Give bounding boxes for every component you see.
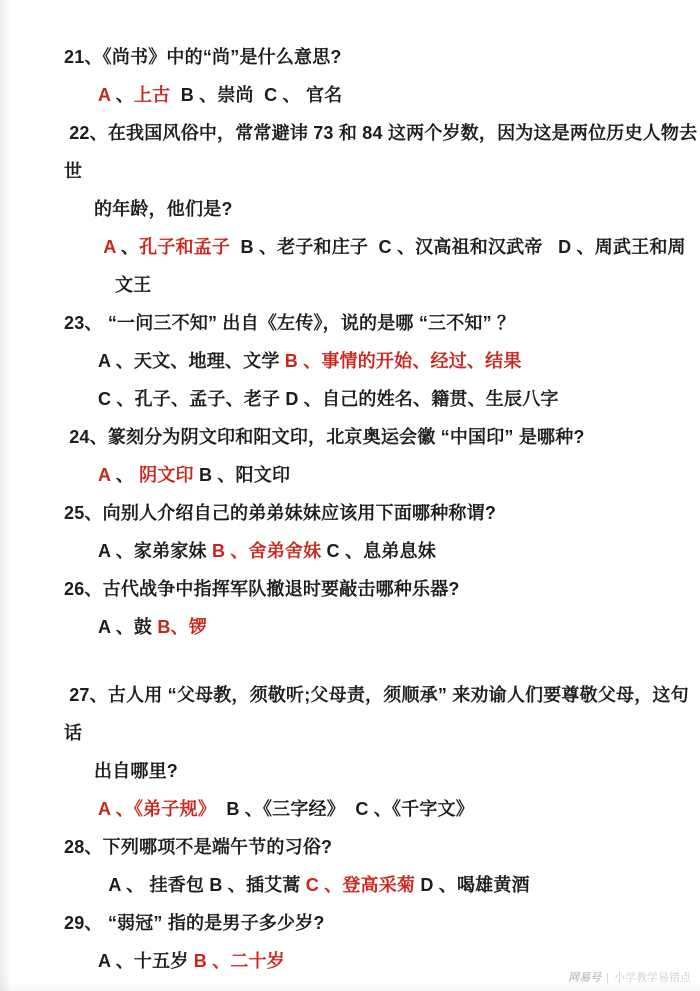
watermark-account-name: 小学教学易错点 [614, 972, 691, 984]
correct-answer-highlight: 《弟子规》 [134, 799, 216, 819]
question-line: 的年龄，他们是? [94, 190, 700, 228]
text-segment: 的年龄，他们是? [94, 199, 233, 219]
text-segment: A 、鼓 [98, 617, 157, 637]
watermark-logo: 网易号 [568, 972, 601, 984]
text-segment: A 、十五岁 [98, 951, 194, 971]
question-line: 出自哪里? [94, 752, 700, 790]
answer-line: A 、家弟家妹 B 、舍弟舍妹 C 、息弟息妹 [98, 532, 700, 570]
answer-line: A 、《弟子规》 B 、《三字经》 C 、《千字文》 [98, 790, 700, 828]
text-segment: 26、古代战争中指挥军队撤退时要敲击哪种乐器? [64, 579, 460, 599]
text-segment: 22、在我国风俗中，常常避讳 73 和 84 这两个岁数，因为这是两位历史人物去… [64, 123, 697, 181]
correct-answer-highlight: B、锣 [157, 617, 207, 637]
answer-line: A 、上古 B 、崇尚 C 、 官名 [98, 76, 700, 114]
question-line: 22、在我国风俗中，常常避讳 73 和 84 这两个岁数，因为这是两位历史人物去… [64, 114, 700, 190]
text-segment: 、 [111, 465, 140, 485]
text-segment: A 、天文、地理、文学 [98, 351, 285, 371]
text-segment: B 、阳文印 [194, 465, 290, 485]
text-segment: B 、《三字经》 C 、《千字文》 [216, 799, 474, 819]
quiz-body: 21、《尚书》中的“尚”是什么意思?A 、上古 B 、崇尚 C 、 官名 22、… [0, 38, 700, 980]
correct-answer-highlight: 上古 [134, 85, 170, 105]
question-line: 29、 “弱冠” 指的是男子多少岁? [64, 904, 700, 942]
text-segment: 25、向别人介绍自己的弟弟妹妹应该用下面哪种称谓? [64, 503, 496, 523]
text-segment: B 、老子和庄子 C 、汉高祖和汉武帝 D 、周武王和周 [230, 237, 686, 257]
correct-answer-highlight: B 、事情的开始、经过、结果 [285, 351, 522, 371]
text-segment: 21、《尚书》中的“尚”是什么意思? [64, 47, 342, 67]
answer-line: A 、天文、地理、文学 B 、事情的开始、经过、结果 [98, 342, 700, 380]
answer-line: A 、孔子和孟子 B 、老子和庄子 C 、汉高祖和汉武帝 D 、周武王和周 [98, 228, 700, 266]
text-segment: 出自哪里? [94, 761, 178, 781]
answer-line: A 、 挂香包 B 、插艾蒿 C 、登高采菊 D 、喝雄黄酒 [98, 866, 700, 904]
question-line: 27、古人用 “父母教，须敬听;父母责，须顺承” 来劝谕人们要尊敬父母，这句话 [64, 676, 700, 752]
text-segment: A 、 挂香包 B 、插艾蒿 [98, 875, 306, 895]
text-segment: 、 [116, 237, 139, 257]
question-line: 23、 “一问三不知” 出自《左传》，说的是哪 “三不知” ？ [64, 304, 700, 342]
question-line: 28、下列哪项不是端午节的习俗? [64, 828, 700, 866]
correct-answer-highlight: B 、舍弟舍妹 [212, 541, 321, 561]
text-segment: 28、下列哪项不是端午节的习俗? [64, 837, 332, 857]
text-segment: 文王 [115, 275, 151, 295]
question-line: 21、《尚书》中的“尚”是什么意思? [64, 38, 700, 76]
question-line: 24、篆刻分为阴文印和阳文印，北京奥运会徽 “中国印” 是哪种? [64, 418, 700, 456]
watermark: 网易号|小学教学易错点 [568, 971, 691, 985]
text-segment: B 、崇尚 C 、 官名 [170, 85, 342, 105]
text-segment: C 、息弟息妹 [321, 541, 436, 561]
question-line: 26、古代战争中指挥军队撤退时要敲击哪种乐器? [64, 570, 700, 608]
text-segment: 、 [111, 85, 134, 105]
correct-answer-highlight: A [98, 85, 111, 105]
text-segment: 27、古人用 “父母教，须敬听;父母责，须顺承” 来劝谕人们要尊敬父母，这句话 [64, 685, 689, 743]
question-line: 25、向别人介绍自己的弟弟妹妹应该用下面哪种称谓? [64, 494, 700, 532]
text-segment: A 、家弟家妹 [98, 541, 212, 561]
correct-answer-highlight: A [98, 237, 116, 257]
correct-answer-highlight: 阴文印 [139, 465, 194, 485]
text-segment: 24、篆刻分为阴文印和阳文印，北京奥运会徽 “中国印” 是哪种? [64, 427, 585, 447]
watermark-separator: | [606, 972, 609, 984]
text-segment: D 、喝雄黄酒 [415, 875, 530, 895]
text-segment: C 、孔子、孟子、老子 D 、自己的姓名、籍贯、生辰八字 [98, 389, 559, 409]
text-segment: 23、 “一问三不知” 出自《左传》，说的是哪 “三不知” ？ [64, 313, 515, 333]
answer-line: A 、鼓 B、锣 [98, 608, 700, 646]
correct-answer-highlight: B 、二十岁 [194, 951, 285, 971]
answer-line: C 、孔子、孟子、老子 D 、自己的姓名、籍贯、生辰八字 [98, 380, 700, 418]
text-segment: 29、 “弱冠” 指的是男子多少岁? [64, 913, 325, 933]
correct-answer-highlight: A 、 [98, 799, 134, 819]
correct-answer-highlight: C 、登高采菊 [306, 875, 415, 895]
correct-answer-highlight: 孔子和孟子 [139, 237, 230, 257]
correct-answer-highlight: A [98, 465, 111, 485]
answer-line: 文王 [115, 266, 700, 304]
worksheet-page: 21、《尚书》中的“尚”是什么意思?A 、上古 B 、崇尚 C 、 官名 22、… [0, 0, 700, 991]
answer-line: A 、 阴文印 B 、阳文印 [98, 456, 700, 494]
